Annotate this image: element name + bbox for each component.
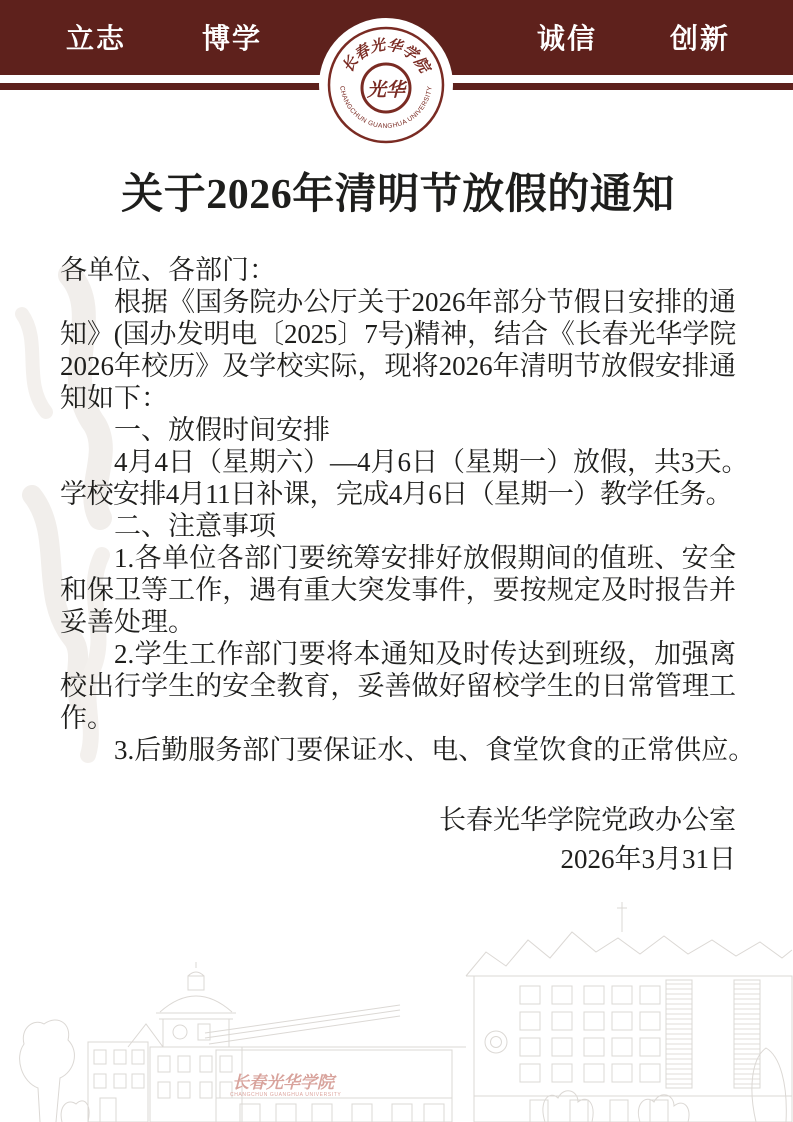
signature-date: 2026年3月31日 bbox=[60, 840, 736, 879]
notice-line: 1.各单位各部门要统筹安排好放假期间的值班、安全 bbox=[60, 542, 736, 574]
section-heading-2: 二、注意事项 bbox=[60, 510, 736, 542]
notice-line: 妥善处理。 bbox=[60, 606, 736, 638]
notice-line: 校出行学生的安全教育，妥善做好留校学生的日常管理工 bbox=[60, 670, 736, 702]
notice-line: 4月4日（星期六）—4月6日（星期一）放假，共3天。 bbox=[60, 446, 736, 478]
notice-line: 3.后勤服务部门要保证水、电、食堂饮食的正常供应。 bbox=[60, 734, 736, 766]
notice-line: 知》(国办发明电〔2025〕7号)精神，结合《长春光华学院 bbox=[60, 318, 736, 350]
notice-page: 立志 博学 诚信 创新 长春光华学院 CHANGCHUN GUANGHUA UN… bbox=[0, 0, 793, 1122]
university-logo: 长春光华学院 CHANGCHUN GUANGHUA UNIVERSITY 光华 bbox=[325, 24, 447, 146]
notice-line: 2.学生工作部门要将本通知及时传达到班级，加强离 bbox=[60, 638, 736, 670]
notice-line: 知如下： bbox=[60, 382, 736, 414]
notice-line: 根据《国务院办公厅关于2026年部分节假日安排的通 bbox=[60, 286, 736, 318]
notice-line: 作。 bbox=[60, 702, 736, 734]
notice-body: 关于2026年清明节放假的通知 各单位、各部门： 根据《国务院办公厅关于2026… bbox=[60, 0, 736, 1122]
signature-org: 长春光华学院党政办公室 bbox=[60, 801, 736, 840]
signature-block: 长春光华学院党政办公室 2026年3月31日 bbox=[60, 801, 736, 879]
notice-line: 学校安排4月11日补课，完成4月6日（星期一）教学任务。 bbox=[60, 478, 736, 510]
salutation: 各单位、各部门： bbox=[60, 254, 736, 286]
notice-text: 各单位、各部门： 根据《国务院办公厅关于2026年部分节假日安排的通 知》(国办… bbox=[60, 254, 736, 766]
section-heading-1: 一、放假时间安排 bbox=[60, 414, 736, 446]
notice-line: 2026年校历》及学校实际，现将2026年清明节放假安排通 bbox=[60, 350, 736, 382]
notice-line: 和保卫等工作，遇有重大突发事件，要按规定及时报告并 bbox=[60, 574, 736, 606]
notice-title: 关于2026年清明节放假的通知 bbox=[60, 172, 736, 218]
logo-seal-glyphs: 光华 bbox=[366, 79, 408, 101]
